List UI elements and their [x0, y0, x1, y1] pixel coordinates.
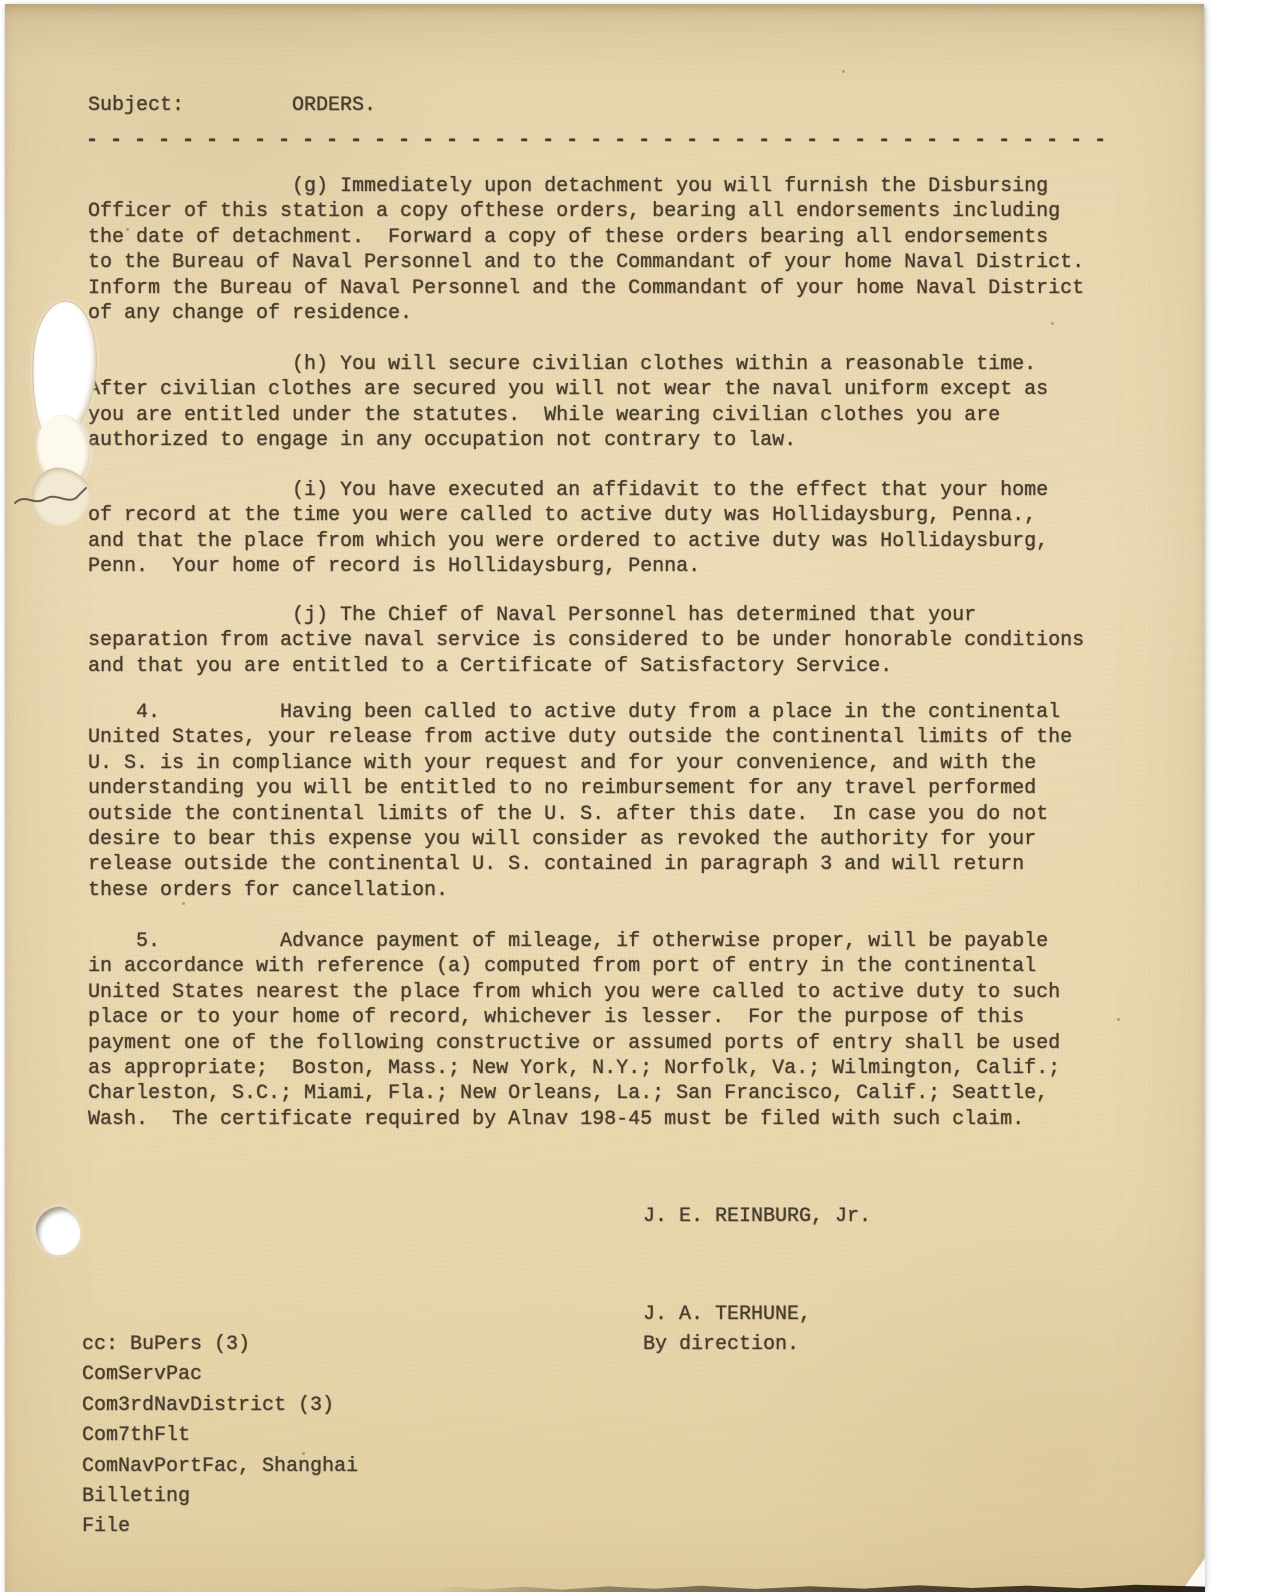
pen-squiggle-mark — [12, 486, 90, 516]
cc-list: cc: BuPers (3) ComServPac Com3rdNavDistr… — [82, 1330, 358, 1543]
paragraph-g: (g) Immediately upon detachment you will… — [88, 174, 1084, 326]
paper-speck — [302, 1452, 305, 1455]
paragraph-5: 5. Advance payment of mileage, if otherw… — [88, 929, 1060, 1132]
paragraph-j: (j) The Chief of Naval Personnel has det… — [88, 603, 1084, 679]
paper-speck — [1051, 322, 1054, 325]
paper-speck — [126, 228, 129, 231]
paper-speck — [842, 70, 845, 73]
paper-speck — [182, 902, 185, 905]
signature-by-direction: J. A. TERHUNE, By direction. — [643, 1300, 811, 1360]
paragraph-h: (h) You will secure civilian clothes wit… — [88, 352, 1048, 454]
subject-label: Subject: — [88, 93, 184, 118]
paper-speck — [1117, 1018, 1120, 1021]
paper-speck — [704, 608, 707, 611]
paragraph-4: 4. Having been called to active duty fro… — [88, 700, 1072, 903]
separator-line: - - - - - - - - - - - - - - - - - - - - … — [86, 128, 1106, 153]
paragraph-i: (i) You have executed an affidavit to th… — [88, 478, 1048, 580]
signature-name: J. E. REINBURG, Jr. — [643, 1204, 871, 1229]
subject-value: ORDERS. — [292, 93, 376, 118]
